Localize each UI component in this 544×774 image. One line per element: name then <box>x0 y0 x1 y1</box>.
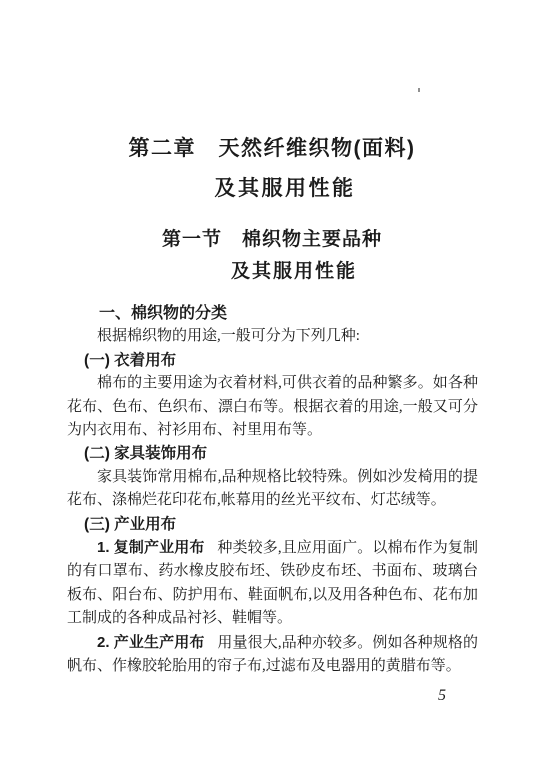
heading-cotton-classification: 一、棉织物的分类 <box>67 302 478 325</box>
body-text-column: 一、棉织物的分类 根据棉织物的用途,一般可分为下列几种: (一) 衣着用布 棉布… <box>67 302 478 679</box>
chapter-title-line2: 及其服用性能 <box>13 169 544 209</box>
paragraph-furniture-fabric: 家具装饰常用棉布,品种规格比较特殊。例如沙发椅用的提花布、涤棉烂花印花布,帐幕用… <box>67 466 478 513</box>
item1-label: 1. 复制产业用布 <box>97 539 204 556</box>
paragraph-clothing-fabric: 棉布的主要用途为衣着材料,可供衣着的品种繁多。如各种花布、色布、色织布、漂白布等… <box>67 372 478 442</box>
paragraph-industrial-item2: 2. 产业生产用布用量很大,品种亦较多。例如各种规格的帆布、作橡胶轮胎用的帘子布… <box>67 631 478 679</box>
chapter-title: 第二章 天然纤维织物(面料) 及其服用性能 <box>0 129 544 209</box>
heading-furniture-fabric: (二) 家具装饰用布 <box>67 442 478 465</box>
heading-clothing-fabric: (一) 衣着用布 <box>67 349 478 372</box>
section-title: 第一节 棉织物主要品种 及其服用性能 <box>0 224 544 288</box>
page-number: 5 <box>438 687 447 705</box>
item2-label: 2. 产业生产用布 <box>97 634 204 651</box>
scan-artifact <box>418 88 420 92</box>
chapter-title-line1: 第二章 天然纤维织物(面料) <box>129 137 416 160</box>
section-title-line1: 第一节 棉织物主要品种 <box>162 229 382 250</box>
heading-industrial-fabric: (三) 产业用布 <box>67 513 478 536</box>
paragraph-intro: 根据棉织物的用途,一般可分为下列几种: <box>67 325 478 348</box>
section-title-line2: 及其服用性能 <box>22 256 544 288</box>
book-page: 第二章 天然纤维织物(面料) 及其服用性能 第一节 棉织物主要品种 及其服用性能… <box>0 0 544 774</box>
paragraph-industrial-item1: 1. 复制产业用布种类较多,且应用面广。以棉布作为复制的有口罩布、药水橡皮胶布坯… <box>67 536 478 631</box>
